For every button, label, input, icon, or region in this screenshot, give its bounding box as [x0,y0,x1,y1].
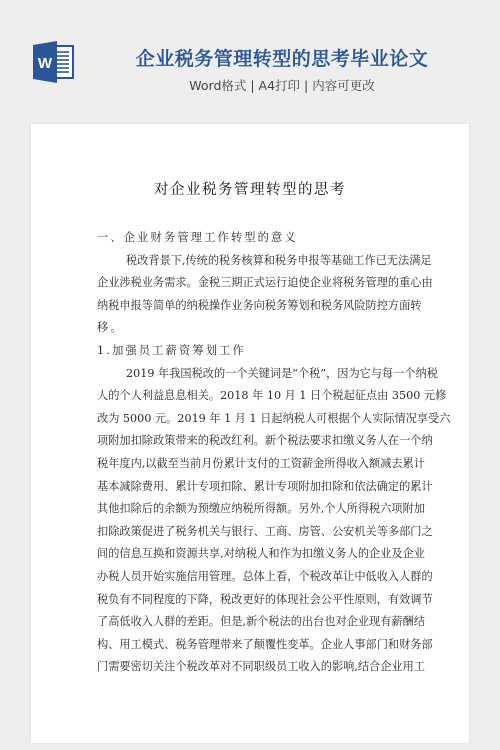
document-line: 项附加扣除政策带来的税改红利。新个税法要求扣缴义务人在一个纳 [97,430,403,453]
document-line: 一、企业财务管理工作转型的意义 [97,227,407,250]
document-line: 其他扣除后的余额为预缴应纳税所得额。另外,个人所得税六项附加 [97,498,403,521]
document-line: 扣除政策促进了税务机关与银行、工商、房管、公安机关等多部门之 [97,521,403,544]
document-line: 1.加强员工薪资筹划工作 [97,340,407,363]
header-subtitle: Word格式 | A4打印 | 内容可更改 [112,76,452,94]
document-line: 了高低收入人群的差距。但是,新个税法的出台也对企业现有薪酬结 [97,611,403,634]
document-body: 一、企业财务管理工作转型的意义税改背景下,传统的税务核算和税务申报等基础工作已无… [97,227,407,679]
word-document-icon: W [31,40,77,84]
document-title: 对企业税务管理转型的思考 [31,178,469,199]
document-line: 改为 5000 元。2019 年 1 月 1 日起纳税人可根据个人实际情况享受六 [97,408,403,431]
document-line: 纳税申报等简单的纳税操作业务向税务筹划和税务风险防控方面转 [97,295,403,318]
svg-text:W: W [38,55,53,72]
document-page: 对企业税务管理转型的思考 一、企业财务管理工作转型的意义税改背景下,传统的税务核… [31,124,469,743]
header-title: 企业税务管理转型的思考毕业论文 [112,44,452,71]
document-line: 间的信息互换和资源共享,对纳税人和作为扣缴义务人的企业及企业 [97,543,403,566]
document-line: 税负有不同程度的下降，税改更好的体现社会公平性原则，有效调节 [97,589,403,612]
document-line: 移。 [97,317,407,340]
document-line: 2019 年我国税改的一个关键词是“个税”，因为它与每一个纳税 [97,363,407,386]
document-line: 税改背景下,传统的税务核算和税务申报等基础工作已无法满足 [97,250,407,273]
document-line: 基本减除费用、累计专项扣除、累计专项附加扣除和依法确定的累计 [97,476,403,499]
document-line: 门需要密切关注个税改革对不同职级员工收入的影响,结合企业用工 [97,656,403,679]
document-line: 企业涉税业务需求。金税三期正式运行迫使企业将税务管理的重心由 [97,272,403,295]
document-line: 办税人员开始实施信用管理。总体上看，个税改革让中低收入人群的 [97,566,403,589]
document-line: 税年度内,以截至当前月份累计支付的工资薪金所得收入额减去累计 [97,453,403,476]
document-line: 构、用工模式、税务管理带来了颠覆性变革。企业人事部门和财务部 [97,634,403,657]
header: W 企业税务管理转型的思考毕业论文 Word格式 | A4打印 | 内容可更改 [0,0,500,110]
document-line: 人的个人利益息息相关。2018 年 10 月 1 日个税起征点由 3500 元修 [97,385,403,408]
